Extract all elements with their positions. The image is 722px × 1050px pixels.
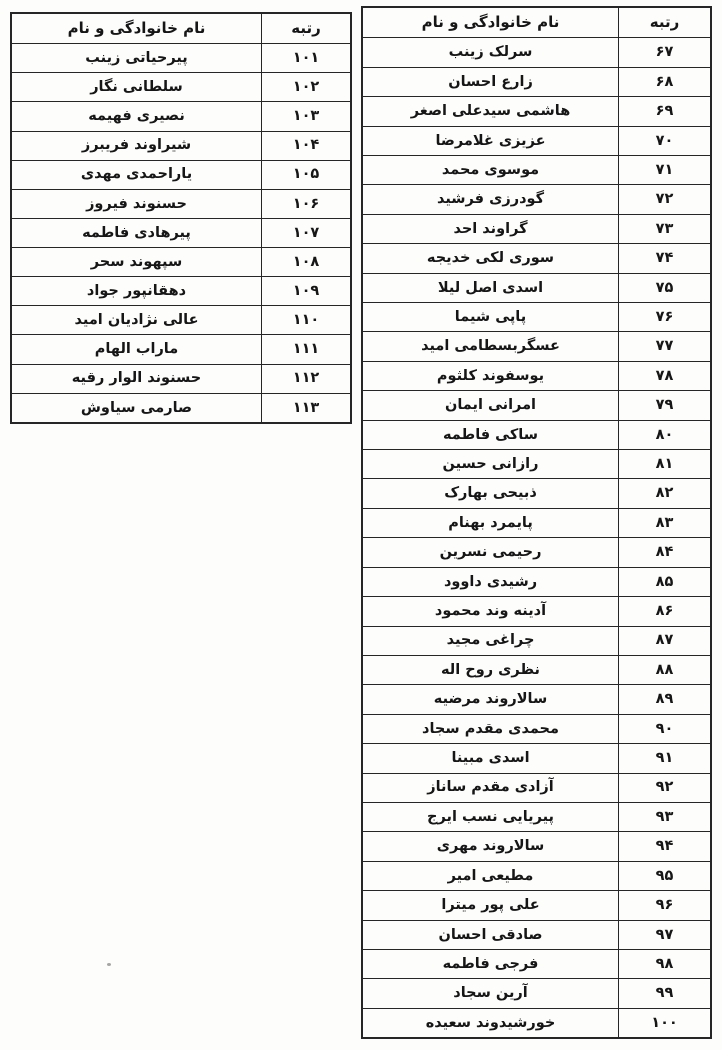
- table-row: رشیدی داوود۸۵: [363, 568, 710, 597]
- rank-cell: ۸۰: [618, 421, 710, 449]
- rank-cell: ۷۰: [618, 127, 710, 155]
- rank-cell: ۷۱: [618, 156, 710, 184]
- rank-cell: ۹۱: [618, 744, 710, 772]
- name-cell: پیرهادی فاطمه: [12, 219, 261, 247]
- name-cell: سالاروند مهری: [363, 832, 618, 860]
- table-row: حسنوند الوار رقیه۱۱۲: [12, 365, 350, 394]
- name-cell: نصیری فهیمه: [12, 102, 261, 130]
- name-cell: محمدی مقدم سجاد: [363, 715, 618, 743]
- rank-cell: ۹۸: [618, 950, 710, 978]
- rank-cell: ۷۵: [618, 274, 710, 302]
- scan-speck: [107, 963, 111, 966]
- table-row: عالی نژادیان امید۱۱۰: [12, 306, 350, 335]
- rank-cell: ۶۸: [618, 68, 710, 96]
- rank-cell: ۹۵: [618, 862, 710, 890]
- table-row: نصیری فهیمه۱۰۳: [12, 102, 350, 131]
- table-row: سوری لکی خدیجه۷۴: [363, 244, 710, 273]
- table-row: خورشیدوند سعیده۱۰۰: [363, 1009, 710, 1037]
- rank-cell: ۹۴: [618, 832, 710, 860]
- rank-column-header: رتبه: [618, 8, 710, 37]
- name-cell: دهقانپور جواد: [12, 277, 261, 305]
- table-header-row: نام خانوادگی و نام رتبه: [12, 14, 350, 44]
- name-cell: رازانی حسین: [363, 450, 618, 478]
- table-row: پایمرد بهنام۸۳: [363, 509, 710, 538]
- rank-table-right: نام خانوادگی و نام رتبه سرلک زینب۶۷زارع …: [361, 6, 712, 1039]
- name-cell: گراوند احد: [363, 215, 618, 243]
- name-cell: رحیمی نسرین: [363, 538, 618, 566]
- table-row: اسدی مبینا۹۱: [363, 744, 710, 773]
- name-cell: عالی نژادیان امید: [12, 306, 261, 334]
- table-row: هاشمی سیدعلی اصغر۶۹: [363, 97, 710, 126]
- name-cell: صارمی سیاوش: [12, 394, 261, 422]
- rank-cell: ۱۰۴: [261, 132, 350, 160]
- rank-cell: ۹۷: [618, 921, 710, 949]
- table-row: صادقی احسان۹۷: [363, 921, 710, 950]
- name-cell: حسنوند فیروز: [12, 190, 261, 218]
- name-cell: موسوی محمد: [363, 156, 618, 184]
- rank-cell: ۹۶: [618, 891, 710, 919]
- name-cell: چراغی مجید: [363, 627, 618, 655]
- name-cell: فرجی فاطمه: [363, 950, 618, 978]
- table-row: یاراحمدی مهدی۱۰۵: [12, 161, 350, 190]
- rank-cell: ۷۹: [618, 391, 710, 419]
- table-row: پیریایی نسب ایرج۹۳: [363, 803, 710, 832]
- table-row: آزادی مقدم ساناز۹۲: [363, 774, 710, 803]
- name-cell: ساکی فاطمه: [363, 421, 618, 449]
- rank-cell: ۱۰۹: [261, 277, 350, 305]
- name-cell: سلطانی نگار: [12, 73, 261, 101]
- table-row: نظری روح اله۸۸: [363, 656, 710, 685]
- rank-cell: ۱۰۵: [261, 161, 350, 189]
- name-cell: اسدی مبینا: [363, 744, 618, 772]
- name-cell: امرانی ایمان: [363, 391, 618, 419]
- table-row: محمدی مقدم سجاد۹۰: [363, 715, 710, 744]
- name-cell: آزادی مقدم ساناز: [363, 774, 618, 802]
- rank-cell: ۱۱۳: [261, 394, 350, 422]
- name-cell: پیرحیاتی زینب: [12, 44, 261, 72]
- name-cell: اسدی اصل لیلا: [363, 274, 618, 302]
- rank-cell: ۱۰۸: [261, 248, 350, 276]
- rank-cell: ۱۰۳: [261, 102, 350, 130]
- table-row: ماراب الهام۱۱۱: [12, 335, 350, 364]
- table-row: سپهوند سحر۱۰۸: [12, 248, 350, 277]
- rank-cell: ۸۷: [618, 627, 710, 655]
- table-row: سالاروند مهری۹۴: [363, 832, 710, 861]
- table-row: رازانی حسین۸۱: [363, 450, 710, 479]
- table-body: سرلک زینب۶۷زارع احسان۶۸هاشمی سیدعلی اصغر…: [363, 38, 710, 1037]
- name-cell: پایمرد بهنام: [363, 509, 618, 537]
- name-cell: ذبیحی بهارک: [363, 479, 618, 507]
- table-row: آدینه وند محمود۸۶: [363, 597, 710, 626]
- rank-cell: ۱۰۶: [261, 190, 350, 218]
- table-row: امرانی ایمان۷۹: [363, 391, 710, 420]
- rank-cell: ۸۹: [618, 685, 710, 713]
- table-row: شیراوند فریبرز۱۰۴: [12, 132, 350, 161]
- name-cell: رشیدی داوود: [363, 568, 618, 596]
- rank-cell: ۸۶: [618, 597, 710, 625]
- name-cell: سوری لکی خدیجه: [363, 244, 618, 272]
- name-cell: سالاروند مرضیه: [363, 685, 618, 713]
- rank-cell: ۹۰: [618, 715, 710, 743]
- name-cell: خورشیدوند سعیده: [363, 1009, 618, 1037]
- name-cell: عسگربسطامی امید: [363, 332, 618, 360]
- rank-cell: ۹۹: [618, 979, 710, 1007]
- table-row: پیرهادی فاطمه۱۰۷: [12, 219, 350, 248]
- table-row: رحیمی نسرین۸۴: [363, 538, 710, 567]
- name-cell: صادقی احسان: [363, 921, 618, 949]
- name-cell: یوسفوند کلثوم: [363, 362, 618, 390]
- table-row: صارمی سیاوش۱۱۳: [12, 394, 350, 422]
- table-row: حسنوند فیروز۱۰۶: [12, 190, 350, 219]
- table-row: یوسفوند کلثوم۷۸: [363, 362, 710, 391]
- table-row: ذبیحی بهارک۸۲: [363, 479, 710, 508]
- table-row: گودرزی فرشید۷۲: [363, 185, 710, 214]
- name-cell: سرلک زینب: [363, 38, 618, 66]
- table-body: پیرحیاتی زینب۱۰۱سلطانی نگار۱۰۲نصیری فهیم…: [12, 44, 350, 422]
- rank-cell: ۱۰۲: [261, 73, 350, 101]
- name-cell: آرین سجاد: [363, 979, 618, 1007]
- name-cell: شیراوند فریبرز: [12, 132, 261, 160]
- rank-cell: ۸۲: [618, 479, 710, 507]
- table-row: عزیزی غلامرضا۷۰: [363, 127, 710, 156]
- table-row: پیرحیاتی زینب۱۰۱: [12, 44, 350, 73]
- scanned-document-page: { "page": { "background": "#fdfdfc", "te…: [0, 0, 722, 1050]
- rank-cell: ۷۶: [618, 303, 710, 331]
- rank-cell: ۸۸: [618, 656, 710, 684]
- rank-cell: ۱۰۷: [261, 219, 350, 247]
- rank-column-header: رتبه: [261, 14, 350, 43]
- name-cell: هاشمی سیدعلی اصغر: [363, 97, 618, 125]
- table-row: مطیعی امیر۹۵: [363, 862, 710, 891]
- table-row: زارع احسان۶۸: [363, 68, 710, 97]
- rank-cell: ۱۱۲: [261, 365, 350, 393]
- rank-cell: ۱۱۱: [261, 335, 350, 363]
- rank-cell: ۶۹: [618, 97, 710, 125]
- rank-cell: ۷۷: [618, 332, 710, 360]
- table-row: ساکی فاطمه۸۰: [363, 421, 710, 450]
- name-cell: عزیزی غلامرضا: [363, 127, 618, 155]
- table-row: عسگربسطامی امید۷۷: [363, 332, 710, 361]
- name-column-header: نام خانوادگی و نام: [363, 8, 618, 37]
- rank-cell: ۸۳: [618, 509, 710, 537]
- name-cell: زارع احسان: [363, 68, 618, 96]
- name-cell: گودرزی فرشید: [363, 185, 618, 213]
- rank-cell: ۹۲: [618, 774, 710, 802]
- table-row: آرین سجاد۹۹: [363, 979, 710, 1008]
- rank-cell: ۷۳: [618, 215, 710, 243]
- table-row: موسوی محمد۷۱: [363, 156, 710, 185]
- rank-cell: ۸۵: [618, 568, 710, 596]
- rank-cell: ۱۰۰: [618, 1009, 710, 1037]
- name-cell: علی پور میترا: [363, 891, 618, 919]
- table-row: دهقانپور جواد۱۰۹: [12, 277, 350, 306]
- table-row: علی پور میترا۹۶: [363, 891, 710, 920]
- name-cell: مطیعی امیر: [363, 862, 618, 890]
- table-row: سلطانی نگار۱۰۲: [12, 73, 350, 102]
- rank-cell: ۷۴: [618, 244, 710, 272]
- rank-cell: ۸۱: [618, 450, 710, 478]
- table-row: چراغی مجید۸۷: [363, 627, 710, 656]
- name-cell: سپهوند سحر: [12, 248, 261, 276]
- table-row: سرلک زینب۶۷: [363, 38, 710, 67]
- rank-cell: ۱۱۰: [261, 306, 350, 334]
- table-header-row: نام خانوادگی و نام رتبه: [363, 8, 710, 38]
- table-row: سالاروند مرضیه۸۹: [363, 685, 710, 714]
- rank-cell: ۷۸: [618, 362, 710, 390]
- table-row: فرجی فاطمه۹۸: [363, 950, 710, 979]
- name-cell: پیریایی نسب ایرج: [363, 803, 618, 831]
- name-cell: آدینه وند محمود: [363, 597, 618, 625]
- name-cell: ماراب الهام: [12, 335, 261, 363]
- rank-table-left: نام خانوادگی و نام رتبه پیرحیاتی زینب۱۰۱…: [10, 12, 352, 424]
- table-row: اسدی اصل لیلا۷۵: [363, 274, 710, 303]
- rank-cell: ۱۰۱: [261, 44, 350, 72]
- name-cell: نظری روح اله: [363, 656, 618, 684]
- rank-cell: ۹۳: [618, 803, 710, 831]
- table-row: پاپی شیما۷۶: [363, 303, 710, 332]
- name-cell: پاپی شیما: [363, 303, 618, 331]
- name-column-header: نام خانوادگی و نام: [12, 14, 261, 43]
- name-cell: یاراحمدی مهدی: [12, 161, 261, 189]
- rank-cell: ۶۷: [618, 38, 710, 66]
- table-row: گراوند احد۷۳: [363, 215, 710, 244]
- rank-cell: ۷۲: [618, 185, 710, 213]
- rank-cell: ۸۴: [618, 538, 710, 566]
- name-cell: حسنوند الوار رقیه: [12, 365, 261, 393]
